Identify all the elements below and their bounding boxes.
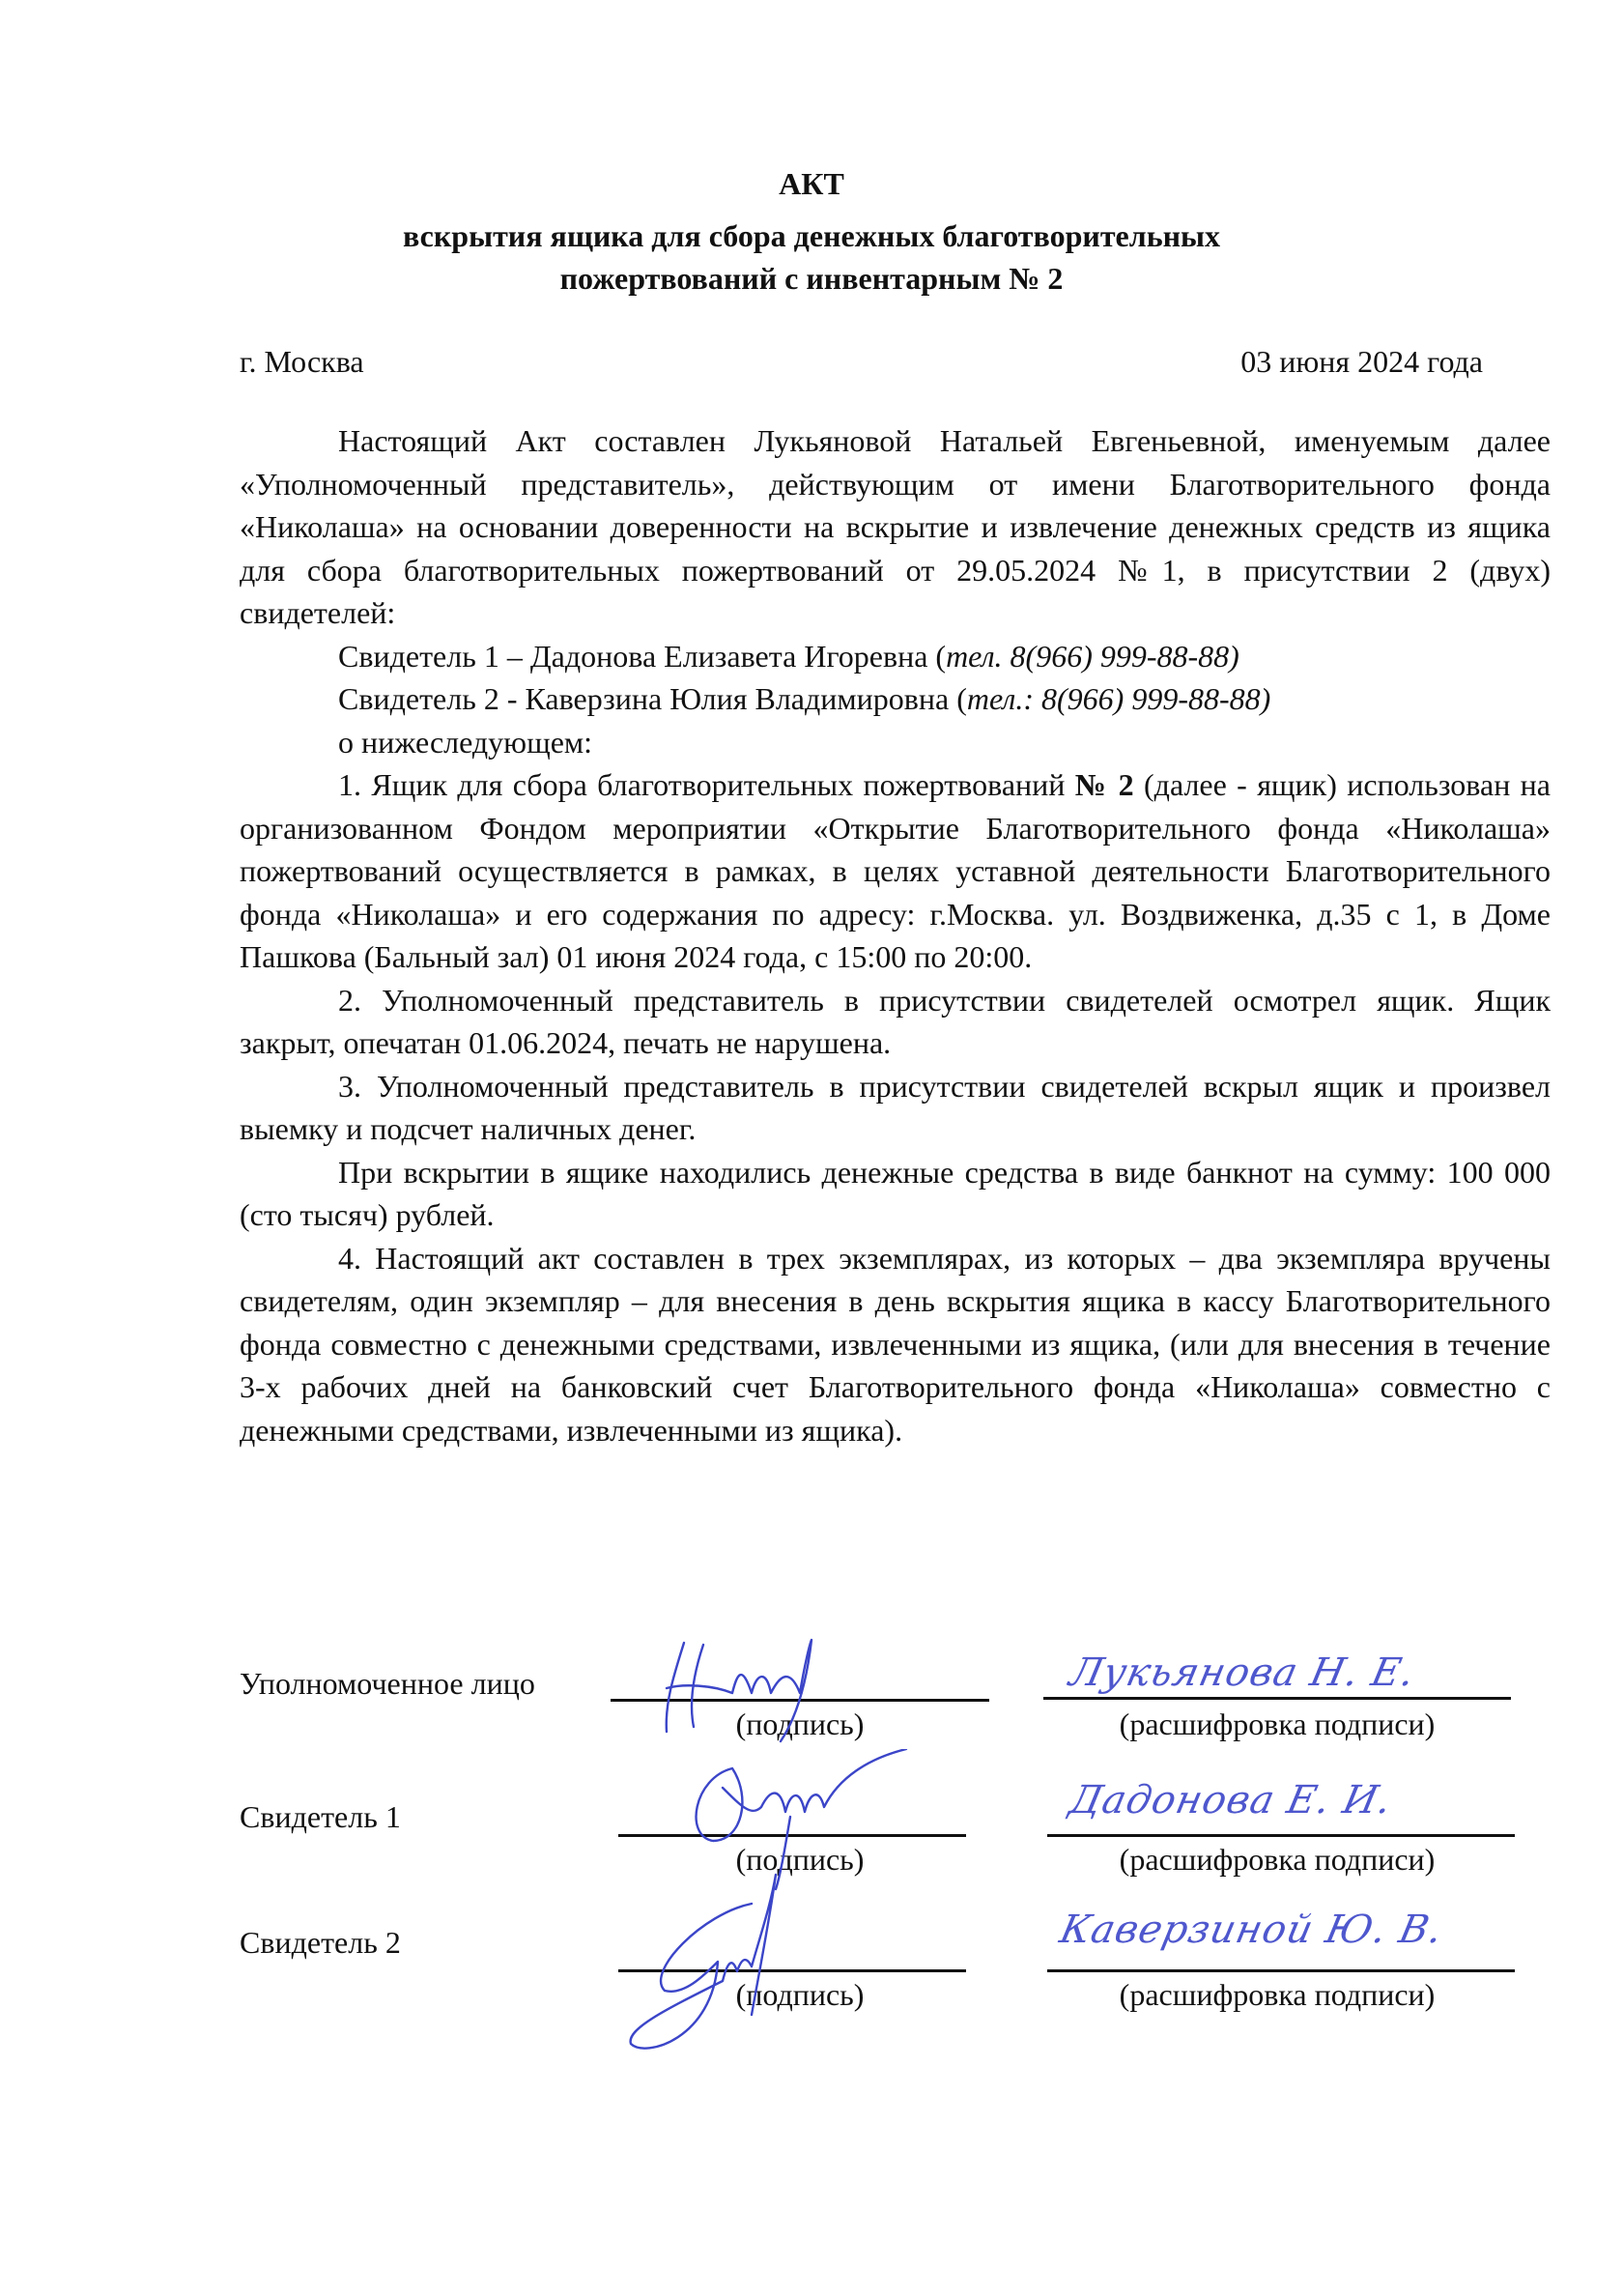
signature-line — [618, 1969, 966, 1972]
witness-2-line: Свидетель 2 - Каверзина Юлия Владимировн… — [240, 677, 1551, 721]
document-date: 03 июня 2024 года — [1240, 342, 1483, 381]
witness-1-line: Свидетель 1 – Дадонова Елизавета Игоревн… — [240, 635, 1551, 678]
signature-label: Свидетель 1 — [240, 1797, 401, 1836]
signature-label: Уполномоченное лицо — [240, 1664, 535, 1703]
item-1-prefix: 1. Ящик для сбора благотворительных поже… — [338, 767, 1075, 802]
document-body: Настоящий Акт составлен Лукьяновой Натал… — [240, 419, 1551, 1451]
item-3-paragraph: 3. Уполномоченный представитель в присут… — [240, 1065, 1551, 1151]
item-1-box-number: № 2 — [1075, 767, 1134, 802]
handwritten-name: Лукьянова Н. Е. — [1066, 1650, 1419, 1695]
signature-row-witness-2: Свидетель 2 (подпись) (расшифровка подпи… — [240, 1923, 1553, 2029]
decoding-caption: (расшифровка подписи) — [1043, 1705, 1511, 1743]
decoding-line — [1047, 1834, 1515, 1837]
witness-2-phone: тел.: 8(966) 999-88-88) — [967, 681, 1270, 716]
signature-caption: (подпись) — [611, 1975, 989, 2014]
signature-row-authorized: Уполномоченное лицо (подпись) (расшифров… — [240, 1664, 1553, 1770]
document-page: АКТ вскрытия ящика для сбора денежных бл… — [0, 0, 1623, 2296]
handwritten-name: Дадонова Е. И. — [1066, 1778, 1396, 1822]
document-subtitle-line1: вскрытия ящика для сбора денежных благот… — [0, 215, 1623, 257]
document-title: АКТ — [0, 162, 1623, 205]
decoding-line — [1043, 1697, 1511, 1700]
following-line: о нижеследующем: — [240, 721, 1551, 764]
decoding-line — [1047, 1969, 1515, 1972]
item-4-paragraph: 4. Настоящий акт составлен в трех экземп… — [240, 1237, 1551, 1452]
decoding-caption: (расшифровка подписи) — [1043, 1975, 1511, 2014]
signature-label: Свидетель 2 — [240, 1923, 401, 1962]
document-city: г. Москва — [240, 342, 364, 381]
witness-1-text: Свидетель 1 – Дадонова Елизавета Игоревн… — [338, 639, 946, 674]
handwritten-name: Каверзиной Ю. В. — [1056, 1908, 1447, 1952]
item-1-paragraph: 1. Ящик для сбора благотворительных поже… — [240, 763, 1551, 979]
item-3-amount-paragraph: При вскрытии в ящике находились денежные… — [240, 1151, 1551, 1237]
signature-line — [611, 1699, 989, 1702]
decoding-caption: (расшифровка подписи) — [1043, 1840, 1511, 1879]
signature-caption: (подпись) — [611, 1840, 989, 1879]
item-2-paragraph: 2. Уполномоченный представитель в присут… — [240, 979, 1551, 1065]
intro-paragraph: Настоящий Акт составлен Лукьяновой Натал… — [240, 419, 1551, 635]
witness-2-text: Свидетель 2 - Каверзина Юлия Владимировн… — [338, 681, 967, 716]
witness-1-phone: тел. 8(966) 999-88-88) — [946, 639, 1239, 674]
signature-row-witness-1: Свидетель 1 (подпись) (расшифровка подпи… — [240, 1797, 1553, 1904]
document-subtitle-line2: пожертвований с инвентарным № 2 — [0, 257, 1623, 300]
signature-caption: (подпись) — [611, 1705, 989, 1743]
signature-line — [618, 1834, 966, 1837]
